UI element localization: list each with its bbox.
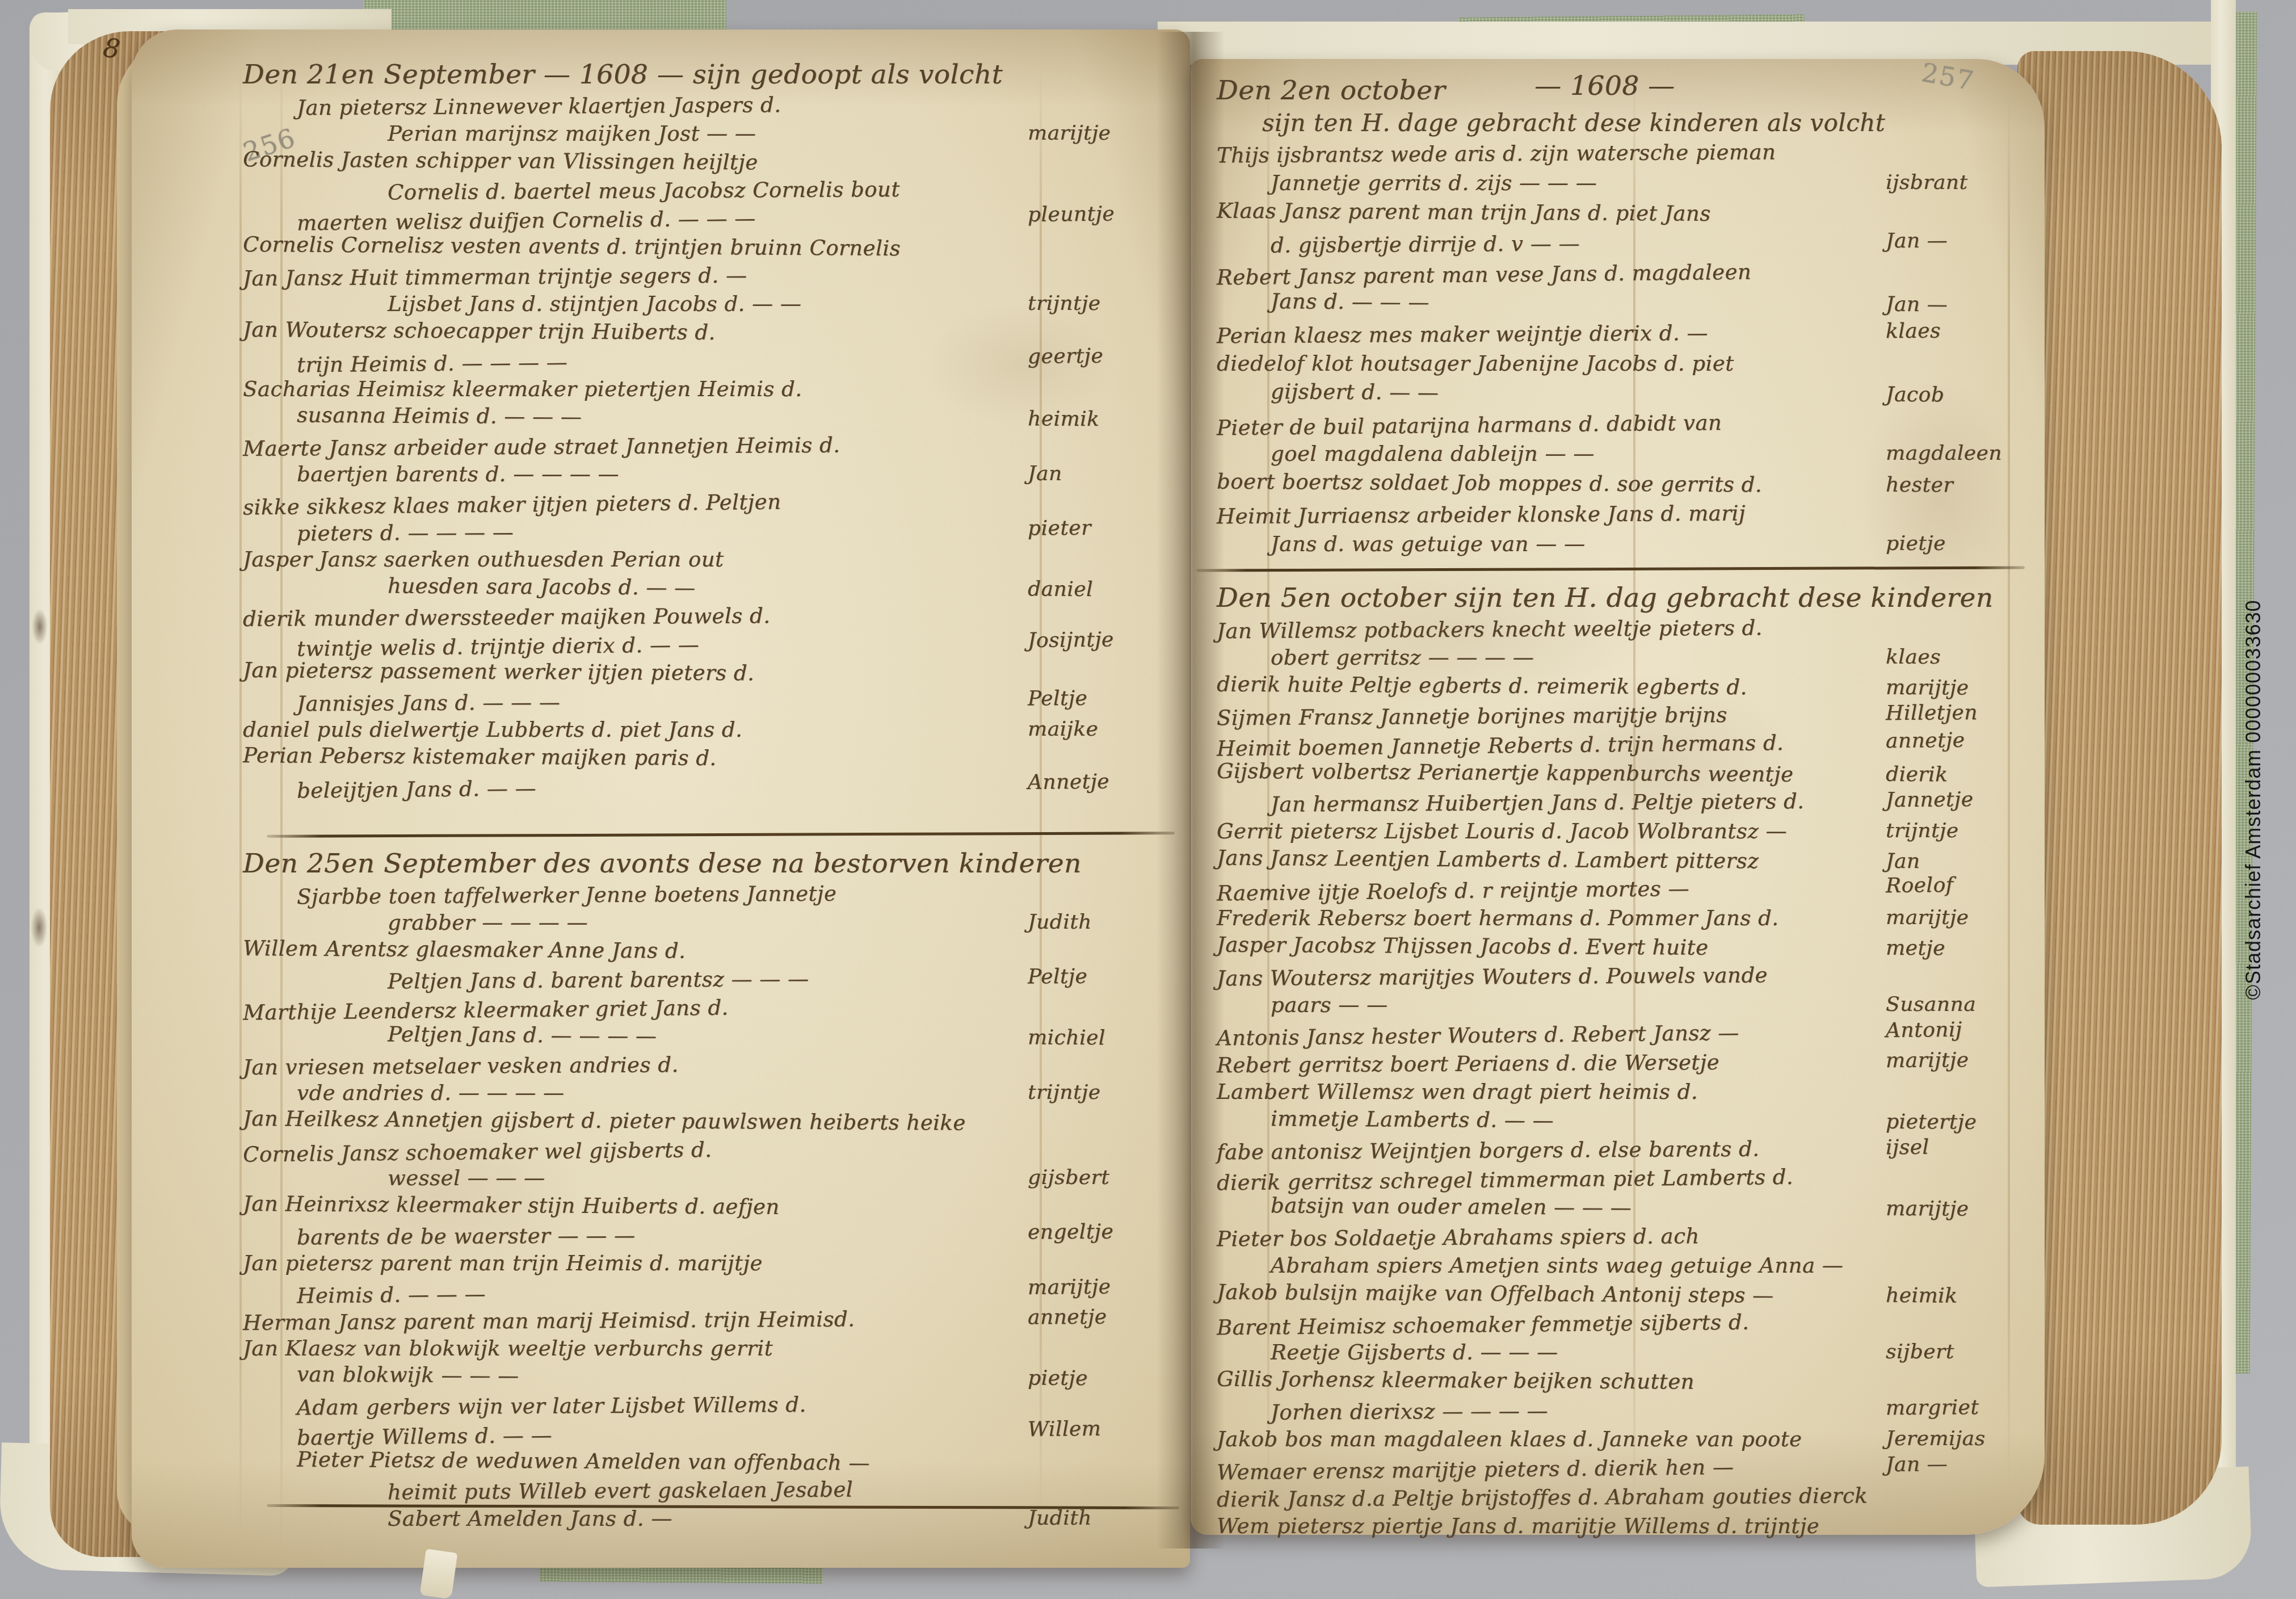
register-line-text: d. gijsbertje dirrije d. v — — <box>1271 231 1580 257</box>
register-line: Heimit Jurriaensz arbeider klonske Jans … <box>1217 500 2028 535</box>
baptism-entries: Jan Willemsz potbackers knecht weeltje p… <box>1217 616 2028 1543</box>
register-line: Jans d. was getuige van — —pietje <box>1217 532 2028 562</box>
register-line: Jans d. — — —Jan — <box>1217 289 2028 324</box>
register-line-text: Cornelis Jasten schipper van Vlissingen … <box>243 147 758 175</box>
register-line: Jans Woutersz marijtjes Wouters d. Pouwe… <box>1217 962 2028 996</box>
register-line-text: Jannetje gerrits d. zijs — — — <box>1271 171 1597 195</box>
register-line-text: gijsbert d. — — <box>1271 379 1439 405</box>
register-line-text: Maerte Jansz arbeider aude straet Jannet… <box>243 433 840 461</box>
register-line-text: Gijsbert volbertsz Perianertje kappenbur… <box>1217 759 1794 787</box>
margin-child-name: metje <box>1886 937 2028 961</box>
margin-child-name: pieter <box>1028 516 1170 540</box>
register-line-text: Heimit boemen Jannetje Reberts d. trijn … <box>1217 731 1784 761</box>
register-line-text: Thijs ijsbrantsz wede aris d. zijn water… <box>1217 140 1776 167</box>
section-header: Den 2en october — 1608 — <box>1217 75 2028 109</box>
section-header: Den 25en September des avonts dese na be… <box>243 848 1170 882</box>
margin-child-name: ijsbrant <box>1886 171 2028 194</box>
register-line-text: twintje welis d. trijntje dierix d. — — <box>297 632 700 661</box>
register-line: Gerrit pietersz Lijsbet Louris d. Jacob … <box>1217 819 2028 848</box>
margin-child-name: Peltje <box>1028 964 1170 989</box>
register-line-text: Jan pietersz parent man trijn Heimis d. … <box>243 1251 763 1275</box>
register-line: immetje Lamberts d. — —pietertje <box>1217 1106 2028 1140</box>
register-line-text: Gillis Jorhensz kleermaker beijken schut… <box>1217 1367 1694 1394</box>
register-line-text: Jan Jansz Huit timmerman trijntje segers… <box>243 263 747 291</box>
register-line-text: Abraham spiers Ametjen sints waeg getuig… <box>1271 1253 1843 1278</box>
margin-child-name: marijtje <box>1028 1274 1170 1299</box>
register-line-text: grabber — — — — <box>388 910 588 935</box>
register-line-text: dierik munder dwerssteeder maijken Pouwe… <box>243 603 771 631</box>
register-line: Sabert Amelden Jans d. —Judith <box>243 1506 1170 1535</box>
margin-child-name: dierik <box>1886 763 2028 787</box>
register-line-text: Klaas Jansz parent man trijn Jans d. pie… <box>1217 199 1711 226</box>
margin-child-name: Judith <box>1028 1506 1170 1530</box>
register-line: Abraham spiers Ametjen sints waeg getuig… <box>1217 1253 2028 1282</box>
register-line-text: Reetje Gijsberts d. — — — <box>1271 1340 1558 1365</box>
register-line: Lambert Willemsz wen dragt piert heimis … <box>1217 1080 2028 1109</box>
register-line-text: Peltjen Jans d. barent barentsz — — — <box>388 967 809 994</box>
left-page-section-2: Den 25en September des avonts dese na be… <box>243 848 1170 1535</box>
margin-child-name: marijtje <box>1886 676 2028 700</box>
baptism-entries: Thijs ijsbrantsz wede aris d. zijn water… <box>1217 141 2028 562</box>
register-line-text: Heimis d. — — — <box>297 1282 486 1308</box>
margin-child-name: Antonij <box>1886 1018 2028 1043</box>
register-line-text: Jan hermansz Huibertjen Jans d. Peltje p… <box>1271 789 1805 817</box>
margin-child-name: marijtje <box>1886 1197 2028 1222</box>
register-line: barents de be waerster — — —engeltje <box>243 1220 1170 1254</box>
margin-child-name: geertje <box>1028 343 1170 368</box>
register-line-text: Jan vriesen metselaer vesken andries d. <box>243 1052 679 1080</box>
right-page: 257 Den 2en october — 1608 — sijn ten H.… <box>1191 59 2045 1535</box>
register-line: paars — —Susanna <box>1217 993 2028 1022</box>
margin-child-name: trijntje <box>1028 292 1170 315</box>
fore-edge-smudge-1 <box>32 608 48 645</box>
left-page-crease-1 <box>239 64 242 1539</box>
register-line-text: Sijmen Fransz Jannetje borijnes marijtje… <box>1217 703 1727 730</box>
margin-child-name: Jan — <box>1886 1452 2028 1477</box>
register-line: Perian marijnsz maijken Jost — —marijtje <box>243 121 1170 150</box>
section-header-date: Den 2en october <box>1217 75 1445 106</box>
register-line-text: Heimit Jurriaensz arbeider klonske Jans … <box>1217 501 1746 529</box>
register-line: Raemive ijtje Roelofs d. r reijntje mort… <box>1217 873 2028 910</box>
register-line-text: Jan Heinrixsz kleermaker stijn Huiberts … <box>243 1191 780 1219</box>
register-line-text: barents de be waerster — — — <box>297 1223 636 1250</box>
register-line-text: Barent Heimisz schoemaker femmetje sijbe… <box>1217 1310 1750 1340</box>
register-line-text: susanna Heimis d. — — — <box>297 403 582 429</box>
margin-child-name: annetje <box>1886 728 2028 753</box>
cloth-binding-top-left <box>363 0 726 33</box>
left-page-section-1: Den 21en September — 1608 — sijn gedoopt… <box>243 59 1170 803</box>
register-line: Barent Heimisz schoemaker femmetje sijbe… <box>1217 1307 2028 1345</box>
register-line: daniel puls dielwertje Lubberts d. piet … <box>243 717 1170 746</box>
register-line-text: beleijtjen Jans d. — — <box>297 776 536 803</box>
register-line-text: dierik Jansz d.a Peltje brijstoffes d. A… <box>1217 1483 1868 1512</box>
register-line: Pieter bos Soldaetje Abrahams spiers d. … <box>1217 1222 2028 1256</box>
register-line: batsijn van ouder amelen — — —marijtje <box>1217 1193 2028 1227</box>
right-page-divider-mid <box>1196 566 2025 572</box>
register-line-text: Antonis Jansz hester Wouters d. Rebert J… <box>1217 1021 1739 1051</box>
register-line-text: diedelof klot houtsager Jabenijne Jacobs… <box>1217 351 1734 376</box>
register-line-text: Lijsbet Jans d. stijntjen Jacobs d. — — <box>388 292 801 316</box>
register-line-text: Jan Willemsz potbackers knecht weeltje p… <box>1217 615 1763 643</box>
margin-child-name: pleuntje <box>1028 202 1170 226</box>
register-line-text: Pieter bos Soldaetje Abrahams spiers d. … <box>1217 1224 1700 1251</box>
register-line: vde andries d. — — — —trijntje <box>243 1081 1170 1109</box>
margin-child-name: Annetje <box>1028 769 1170 794</box>
register-line-text: Jans Woutersz marijtjes Wouters d. Pouwe… <box>1217 963 1768 991</box>
register-line: Perian klaesz mes maker weijntje dierix … <box>1217 319 2028 354</box>
margin-child-name: Peltje <box>1028 686 1170 711</box>
register-line-text: Jans d. was getuige van — — <box>1271 532 1585 556</box>
margin-child-name: Jeremijas <box>1886 1427 2028 1450</box>
register-line: Thijs ijsbrantsz wede aris d. zijn water… <box>1217 139 2028 174</box>
register-line: Jan pietersz Linnewever klaertjen Jasper… <box>243 90 1170 124</box>
margin-child-name: heimik <box>1886 1284 2028 1308</box>
register-line: Jannetje gerrits d. zijs — — —ijsbrant <box>1217 171 2028 201</box>
register-line-text: Jasper Jacobsz Thijssen Jacobs d. Evert … <box>1217 933 1709 960</box>
register-line: Klaas Jansz parent man trijn Jans d. pie… <box>1217 199 2028 234</box>
register-line-text: baertje Willems d. — — <box>297 1423 552 1450</box>
register-line: wessel — — —gijsbert <box>243 1166 1170 1194</box>
margin-child-name: Judith <box>1028 910 1170 934</box>
margin-child-name: Jacob <box>1886 383 2028 408</box>
section-header: Den 21en September — 1608 — sijn gedoopt… <box>243 59 1170 93</box>
register-line-text: goel magdalena dableijn — — <box>1271 442 1595 466</box>
register-line-text: Sacharias Heimisz kleermaker pietertjen … <box>243 377 802 401</box>
margin-child-name: Josijntje <box>1028 627 1170 652</box>
register-line: Jan Willemsz potbackers knecht weeltje p… <box>1217 614 2028 648</box>
register-line-text: Gerrit pietersz Lijsbet Louris d. Jacob … <box>1217 819 1787 843</box>
margin-child-name: pietje <box>1028 1366 1170 1391</box>
margin-child-name: Jannetje <box>1886 788 2028 812</box>
margin-child-name: margriet <box>1886 1396 2028 1420</box>
margin-child-name: Jan <box>1028 462 1170 485</box>
register-line-text: Perian Pebersz kistemaker maijken paris … <box>243 743 717 770</box>
margin-child-name: klaes <box>1886 645 2028 669</box>
register-line-text: batsijn van ouder amelen — — — <box>1271 1193 1631 1220</box>
register-line-text: Jans d. — — — <box>1271 289 1429 314</box>
register-line: Jan Jansz Huit timmerman trijntje segers… <box>243 261 1170 295</box>
margin-child-name: Jan — <box>1886 229 2028 253</box>
register-line-text: Perian klaesz mes maker weijntje dierix … <box>1217 321 1708 348</box>
margin-child-name: Willem <box>1028 1416 1170 1441</box>
register-line: trijn Heimis d. — — — —geertje <box>243 343 1170 381</box>
register-line-text: Marthije Leendersz kleermaker griet Jans… <box>243 996 729 1025</box>
register-line-text: pieters d. — — — — <box>297 520 514 545</box>
register-line: Herman Jansz parent man marij Heimisd. t… <box>243 1305 1170 1339</box>
register-line: dierik Jansz d.a Peltje brijstoffes d. A… <box>1217 1483 2028 1517</box>
register-line: grabber — — — —Judith <box>243 910 1170 939</box>
register-line: Jasper Jacobsz Thijssen Jacobs d. Evert … <box>1217 933 2028 967</box>
register-line-text: Jakob bulsijn maijke van Offelbach Anton… <box>1217 1280 1774 1308</box>
margin-child-name: Roelof <box>1886 873 2028 898</box>
section-header-year: — 1608 — <box>1534 70 1675 102</box>
register-line: Jan pietersz parent man trijn Heimis d. … <box>243 1251 1170 1279</box>
register-line-text: Jans Jansz Leentjen Lamberts d. Lambert … <box>1217 846 1759 874</box>
fore-edge-smudge-2 <box>31 907 48 948</box>
register-line-text: dierik huite Peltje egberts d. reimerik … <box>1217 672 1747 700</box>
register-line-text: Rebert gerritsz boert Periaens d. die We… <box>1217 1050 1719 1077</box>
baptism-entries: Sjarbbe toen taffelwerker Jenne boetens … <box>243 882 1170 1535</box>
register-line-text: fabe antonisz Weijntjen borgers d. else … <box>1217 1137 1760 1165</box>
register-line: Rebert gerritsz boert Periaens d. die We… <box>1217 1048 2028 1082</box>
margin-child-name: Susanna <box>1886 993 2028 1016</box>
register-line-text: maerten welisz duifjen Cornelis d. — — — <box>297 206 756 235</box>
margin-child-name: gijsbert <box>1028 1166 1170 1189</box>
register-line-text: sikke sikkesz klaes maker ijtjen pieters… <box>243 490 781 520</box>
register-line: Jorhen dierixsz — — — —margriet <box>1217 1396 2028 1430</box>
margin-child-name: michiel <box>1028 1026 1170 1050</box>
register-line-text: Jorhen dierixsz — — — — <box>1271 1399 1548 1425</box>
archive-photo: 8 256 Den 21en September — 1608 — sijn g… <box>0 0 2296 1599</box>
register-line: Wem pietersz piertje Jans d. marijtje Wi… <box>1217 1514 2028 1543</box>
register-line: Jan vriesen metselaer vesken andries d. <box>243 1050 1170 1084</box>
margin-child-name: Jan — <box>1886 293 2028 317</box>
register-line: goel magdalena dableijn — —magdaleen <box>1217 442 2028 472</box>
margin-child-name: engeltje <box>1028 1220 1170 1244</box>
register-line: Gillis Jorhensz kleermaker beijken schut… <box>1217 1367 2028 1401</box>
register-line-text: wessel — — — <box>388 1166 545 1190</box>
register-line-text: daniel puls dielwertje Lubberts d. piet … <box>243 717 742 742</box>
register-line-text: Jan Heilkesz Annetjen gijsbert d. pieter… <box>243 1106 966 1135</box>
register-line-text: Jasper Jansz saerken outhuesden Perian o… <box>243 547 724 572</box>
register-line: boert boertsz soldaet Job moppes d. soe … <box>1217 469 2028 505</box>
margin-child-name: marijtje <box>1886 1048 2028 1073</box>
register-line-text: Sjarbbe toen taffelwerker Jenne boetens … <box>297 882 836 909</box>
register-line-text: Cornelis d. baertel meus Jacobsz Corneli… <box>388 177 900 205</box>
margin-child-name: heimik <box>1028 407 1170 431</box>
register-line: Maerte Jansz arbeider aude straet Jannet… <box>243 431 1170 465</box>
paper-tab <box>420 1549 458 1599</box>
margin-child-name: klaes <box>1886 319 2028 343</box>
margin-child-name: Jan <box>1886 850 2028 874</box>
register-line-text: Jakob bos man magdaleen klaes d. Janneke… <box>1217 1427 1802 1451</box>
section-header-line2: sijn ten H. dage gebracht dese kinderen … <box>1217 109 2028 141</box>
register-line-text: Willem Arentsz glaesmaker Anne Jans d. <box>243 936 686 963</box>
register-line-text: Sabert Amelden Jans d. — <box>388 1506 672 1531</box>
page-stack-right-edge <box>2017 51 2222 1525</box>
register-line-text: baertjen barents d. — — — — <box>297 462 619 486</box>
margin-child-name: trijntje <box>1028 1081 1170 1104</box>
left-page-divider-mid <box>267 832 1175 838</box>
register-line-text: Wem pietersz piertje Jans d. marijtje Wi… <box>1217 1514 1819 1538</box>
register-line: baertjen barents d. — — — —Jan <box>243 462 1170 490</box>
margin-child-name: hester <box>1886 473 2028 498</box>
register-line: Jan hermansz Huibertjen Jans d. Peltje p… <box>1217 788 2028 822</box>
margin-child-name: Hilletjen <box>1886 701 2028 725</box>
register-line-text: Jan Klaesz van blokwijk weeltje verburch… <box>243 1336 773 1361</box>
margin-child-name: trijntje <box>1886 819 2028 842</box>
margin-child-name: maijke <box>1028 717 1170 741</box>
register-line: Jan Klaesz van blokwijk weeltje verburch… <box>243 1336 1170 1365</box>
register-line: beleijtjen Jans d. — —Annetje <box>243 769 1170 807</box>
margin-child-name: annetje <box>1028 1305 1170 1329</box>
margin-child-name: daniel <box>1028 577 1170 602</box>
register-line: Jasper Jansz saerken outhuesden Perian o… <box>243 547 1170 576</box>
register-line: dierik huite Peltje egberts d. reimerik … <box>1217 672 2028 706</box>
register-line-text: Pieter Pietsz de weduwen Amelden van off… <box>297 1447 870 1475</box>
register-line: Frederik Rebersz boert hermans d. Pommer… <box>1217 906 2028 935</box>
right-page-section-1: Den 2en october — 1608 — sijn ten H. dag… <box>1217 75 2028 562</box>
register-line: Cornelis Jansz schoemaker wel gijsberts … <box>243 1132 1170 1170</box>
register-line-text: van blokwijk — — — <box>297 1362 519 1388</box>
register-line: Jannisjes Jans d. — — —Peltje <box>243 686 1170 720</box>
register-line-text: Cornelis Jansz schoemaker wel gijsberts … <box>243 1138 712 1167</box>
register-line: Reetje Gijsberts d. — — —sijbert <box>1217 1340 2028 1369</box>
register-line-text: huesden sara Jacobs d. — — <box>388 574 696 600</box>
register-line: Pieter de buil patarijna harmans d. dabi… <box>1217 408 2028 446</box>
register-line-text: heimit puts Willeb evert gaskelaen Jesab… <box>388 1477 853 1504</box>
margin-child-name: sijbert <box>1886 1340 2028 1363</box>
register-line: Gijsbert volbertsz Perianertje kappenbur… <box>1217 759 2028 793</box>
register-line-text: Jan Woutersz schoecapper trijn Huiberts … <box>243 317 716 345</box>
register-line-text: Jan pietersz Linnewever klaertjen Jasper… <box>297 93 781 120</box>
register-line-text: Rebert Jansz parent man vese Jans d. mag… <box>1217 260 1752 290</box>
margin-child-name: marijtje <box>1886 906 2028 929</box>
register-line-text: vde andries d. — — — — <box>297 1081 564 1105</box>
register-line-text: Raemive ijtje Roelofs d. r reijntje mort… <box>1217 876 1689 906</box>
margin-child-name: marijtje <box>1028 121 1170 145</box>
register-line-text: Lambert Willemsz wen dragt piert heimis … <box>1217 1080 1698 1104</box>
register-line-text: Pieter de buil patarijna harmans d. dabi… <box>1217 410 1722 440</box>
register-line-text: paars — — <box>1271 993 1388 1017</box>
register-line-text: Cornelis Cornelisz vesten avents d. trij… <box>243 232 901 261</box>
register-line: diedelof klot houtsager Jabenijne Jacobs… <box>1217 351 2028 381</box>
register-line: Jakob bos man magdaleen klaes d. Janneke… <box>1217 1427 2028 1456</box>
register-line-text: Jannisjes Jans d. — — — <box>297 690 560 716</box>
register-line-text: Frederik Rebersz boert hermans d. Pommer… <box>1217 906 1778 930</box>
register-line-text: obert gerritsz — — — — <box>1271 645 1534 670</box>
margin-child-name: magdaleen <box>1886 442 2028 465</box>
register-line-text: Peltjen Jans d. — — — — <box>388 1022 657 1048</box>
register-line-text: Herman Jansz parent man marij Heimisd. t… <box>243 1307 855 1335</box>
register-line-text: Perian marijnsz maijken Jost — — <box>388 121 756 146</box>
register-line-text: Wemaer erensz marijtje pieters d. dierik… <box>1217 1455 1734 1485</box>
register-line-text: Adam gerbers wijn ver later Lijsbet Will… <box>297 1392 806 1420</box>
register-line: Lijsbet Jans d. stijntjen Jacobs d. — —t… <box>243 292 1170 320</box>
register-line-text: immetje Lamberts d. — — <box>1271 1106 1554 1132</box>
margin-child-name: pietje <box>1886 532 2028 555</box>
register-line: obert gerritsz — — — —klaes <box>1217 645 2028 674</box>
register-line: Sjarbbe toen taffelwerker Jenne boetens … <box>243 879 1170 913</box>
register-line: pieters d. — — — —pieter <box>243 516 1170 550</box>
section-header: Den 5en october sijn ten H. dag gebracht… <box>1217 582 2028 616</box>
baptism-entries: Jan pietersz Linnewever klaertjen Jasper… <box>243 93 1170 803</box>
margin-child-name: pietertje <box>1886 1110 2028 1135</box>
right-page-section-2: Den 5en october sijn ten H. dag gebracht… <box>1217 582 2028 1543</box>
register-line-text: dierik gerritsz schregel timmerman piet … <box>1217 1165 1794 1195</box>
margin-child-name: ijsel <box>1886 1135 2028 1160</box>
register-line-text: Jan pietersz passement werker ijtjen pie… <box>243 658 755 686</box>
register-line-text: boert boertsz soldaet Job moppes d. soe … <box>1217 469 1762 497</box>
register-line: Sacharias Heimisz kleermaker pietertjen … <box>243 377 1170 405</box>
left-page: 256 Den 21en September — 1608 — sijn ged… <box>132 30 1190 1568</box>
register-line-text: trijn Heimis d. — — — — <box>297 350 568 377</box>
